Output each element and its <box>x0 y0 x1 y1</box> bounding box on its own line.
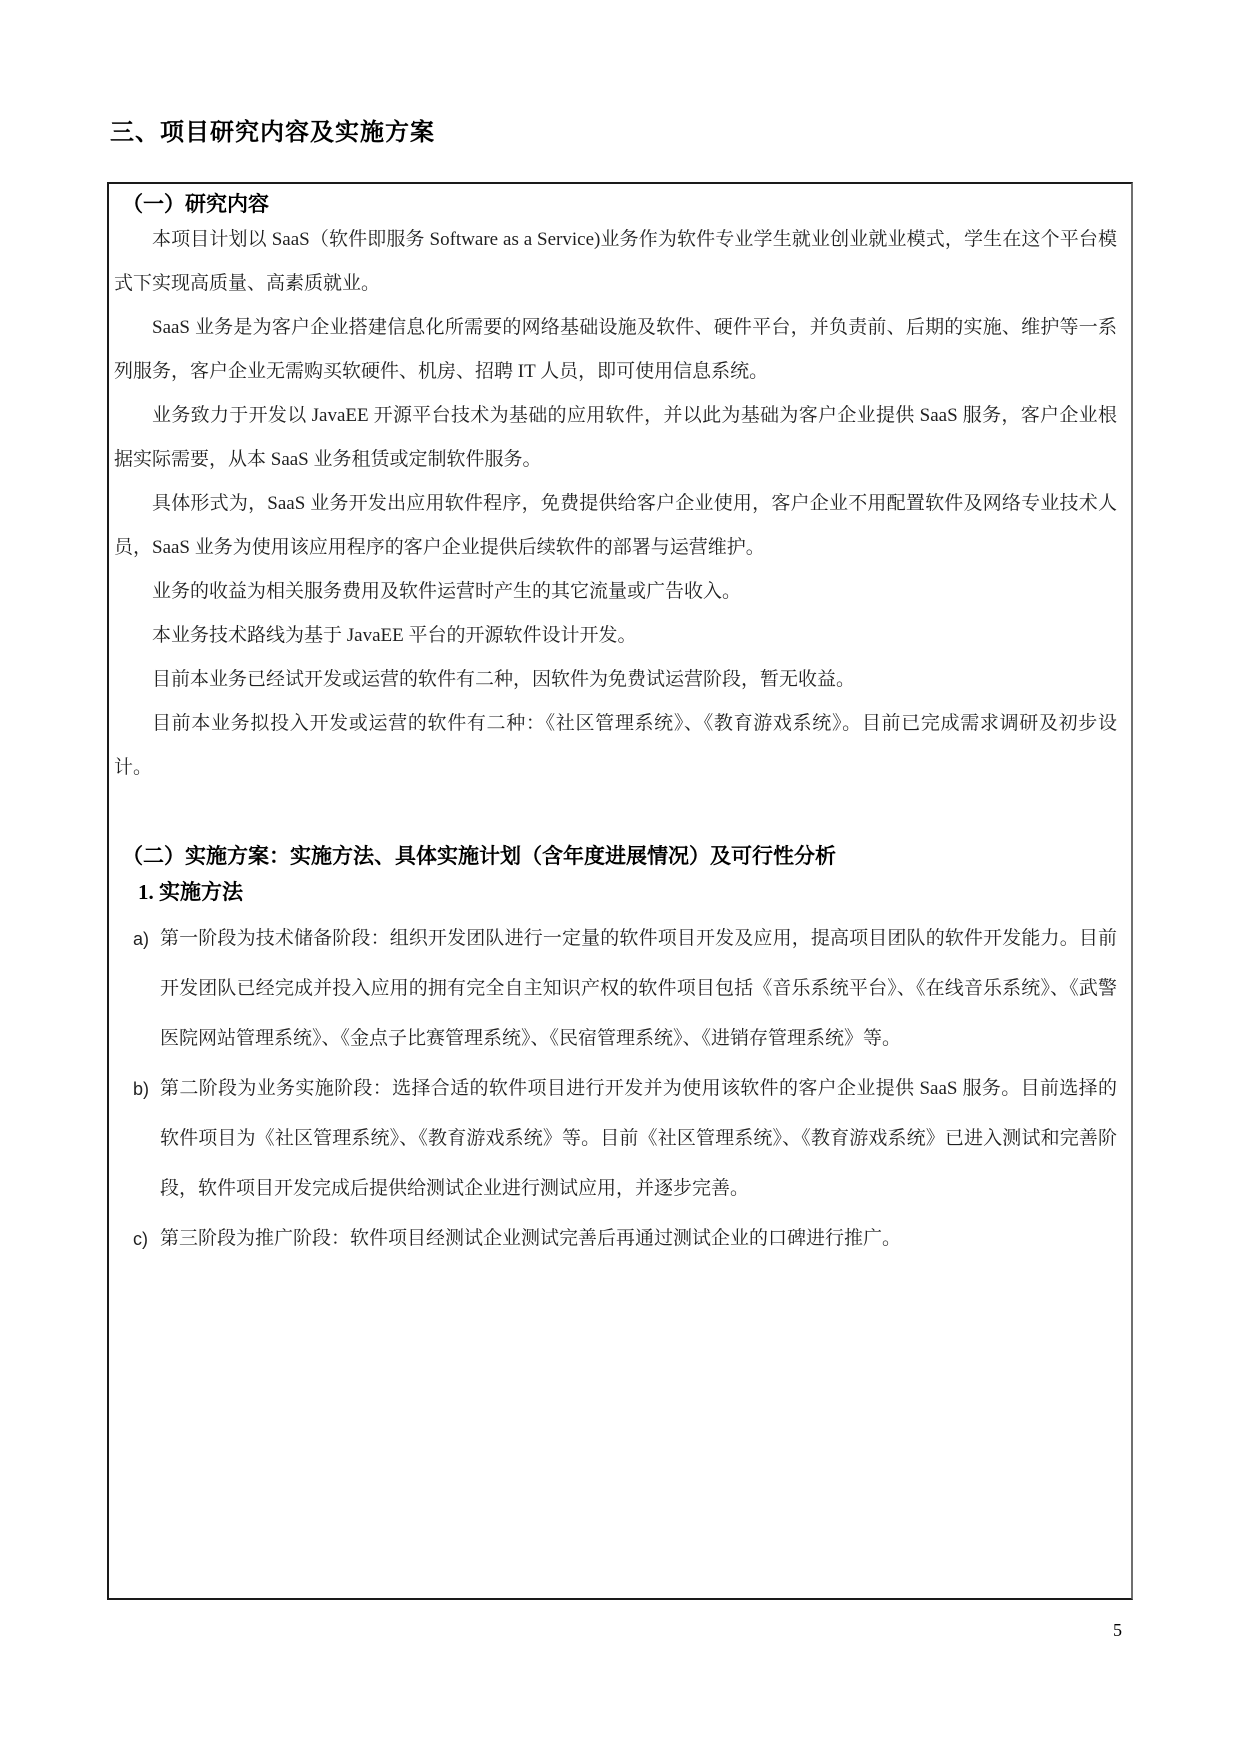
list-item-text: 第二阶段为业务实施阶段：选择合适的软件项目进行开发并为使用该软件的客户企业提供 … <box>160 1078 1117 1199</box>
list-item: b) 第二阶段为业务实施阶段：选择合适的软件项目进行开发并为使用该软件的客户企业… <box>160 1064 1117 1214</box>
section1-paragraph: 业务致力于开发以 JavaEE 开源平台技术为基础的应用软件，并以此为基础为客户… <box>114 394 1117 482</box>
page-number: 5 <box>1113 1620 1122 1641</box>
section1-paragraph: 目前本业务拟投入开发或运营的软件有二种：《社区管理系统》、《教育游戏系统》。目前… <box>114 702 1117 790</box>
section1-paragraph: 业务的收益为相关服务费用及软件运营时产生的其它流量或广告收入。 <box>114 570 1117 614</box>
list-item-text: 第三阶段为推广阶段：软件项目经测试企业测试完善后再通过测试企业的口碑进行推广。 <box>160 1228 901 1249</box>
section1-paragraph: 目前本业务已经试开发或运营的软件有二种，因软件为免费试运营阶段，暂无收益。 <box>114 658 1117 702</box>
section2-heading: （二）实施方案：实施方法、具体实施计划（含年度进展情况）及可行性分析 <box>122 840 1117 870</box>
document-page: 三、项目研究内容及实施方案 （一）研究内容 本项目计划以 SaaS（软件即服务 … <box>0 0 1240 1753</box>
section1-paragraph: SaaS 业务是为客户企业搭建信息化所需要的网络基础设施及软件、硬件平台，并负责… <box>114 306 1117 394</box>
section1-paragraph: 具体形式为，SaaS 业务开发出应用软件程序，免费提供给客户企业使用，客户企业不… <box>114 482 1117 570</box>
document-title: 三、项目研究内容及实施方案 <box>110 112 435 147</box>
list-item-marker: b) <box>133 1064 149 1114</box>
section1-paragraph: 本业务技术路线为基于 JavaEE 平台的开源软件设计开发。 <box>114 614 1117 658</box>
implementation-method-list: a) 第一阶段为技术储备阶段：组织开发团队进行一定量的软件项目开发及应用，提高项… <box>114 914 1117 1264</box>
list-item: c) 第三阶段为推广阶段：软件项目经测试企业测试完善后再通过测试企业的口碑进行推… <box>160 1214 1117 1264</box>
list-item-marker: a) <box>133 914 149 964</box>
content-box: （一）研究内容 本项目计划以 SaaS（软件即服务 Software as a … <box>107 182 1133 1600</box>
section1-heading: （一）研究内容 <box>122 188 1117 218</box>
section1-paragraph: 本项目计划以 SaaS（软件即服务 Software as a Service)… <box>114 218 1117 306</box>
list-item: a) 第一阶段为技术储备阶段：组织开发团队进行一定量的软件项目开发及应用，提高项… <box>160 914 1117 1064</box>
list-item-marker: c) <box>133 1214 148 1264</box>
section2-subheading: 1. 实施方法 <box>138 876 1117 906</box>
list-item-text: 第一阶段为技术储备阶段：组织开发团队进行一定量的软件项目开发及应用，提高项目团队… <box>160 928 1117 1049</box>
